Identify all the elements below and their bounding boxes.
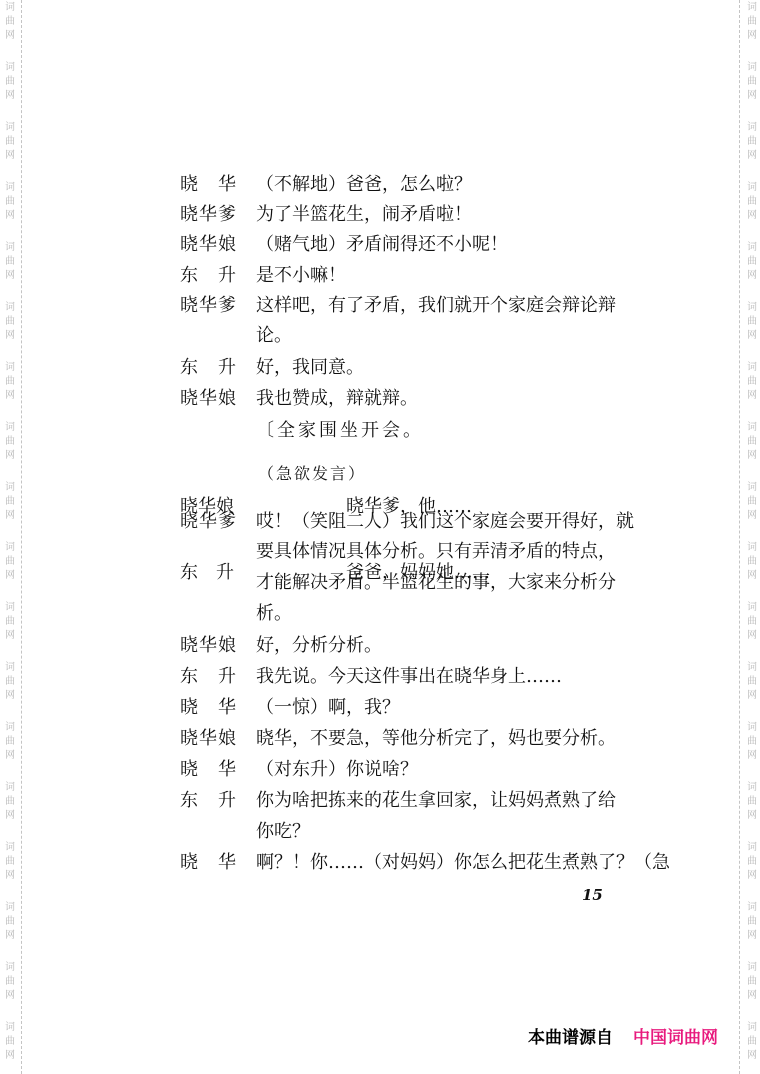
speaker-name: 晓华娘 (180, 724, 252, 754)
speaker-name: 晓华娘 (180, 631, 252, 661)
speech-text: 好，分析分析。 (256, 631, 640, 661)
stage-direction: 〔全家围坐开会。 (256, 416, 424, 446)
speech-line: （一惊）啊，我？ (256, 693, 640, 723)
speech-line: 我也赞成，辩就辩。 (256, 384, 640, 414)
speech-line: 好，我同意。 (256, 353, 640, 383)
speaker-name: 晓 华 (180, 848, 252, 878)
speaker-name: 晓华爹 (180, 291, 252, 321)
speech-text: 好，我同意。 (256, 353, 640, 383)
speech-line: 析。 (256, 599, 640, 629)
speech-line: 为了半篮花生，闹矛盾啦！ (256, 200, 640, 230)
speaker-name: 东 升 (180, 786, 252, 816)
speech-line: 我先说。今天这件事出在晓华身上…… (256, 662, 640, 692)
speech-line: 哎！（笑阻二人）我们这个家庭会要开得好，就 (256, 507, 640, 537)
speech-line: 要具体情况具体分析。只有弄清矛盾的特点， (256, 537, 640, 568)
speech-text: 你为啥把拣来的花生拿回家，让妈妈煮熟了给 你吃？ (256, 786, 640, 847)
speaker-name: 晓 华 (180, 693, 252, 723)
speech-line: 好，分析分析。 (256, 631, 640, 661)
speech-line: 你吃？ (256, 817, 640, 847)
speech-text: 啊？！你……（对妈妈）你怎么把花生煮熟了？（急 (256, 848, 640, 878)
speaker-name: 东 升 (180, 353, 252, 383)
speech-line: 晓华，不要急，等他分析完了，妈也要分析。 (256, 724, 640, 754)
speech-text: 哎！（笑阻二人）我们这个家庭会要开得好，就 要具体情况具体分析。只有弄清矛盾的特… (256, 507, 640, 629)
speech-text: （不解地）爸爸，怎么啦？ (256, 170, 640, 200)
speech-text: 我先说。今天这件事出在晓华身上…… (256, 662, 640, 692)
source-site-link[interactable]: 中国词曲网 (633, 1028, 718, 1048)
speech-line: 啊？！你……（对妈妈）你怎么把花生煮熟了？（急 (256, 848, 640, 878)
speech-line: 才能解决矛盾。半篮花生的事，大家来分析分 (256, 568, 640, 599)
speech-text: 晓华，不要急，等他分析完了，妈也要分析。 (256, 724, 640, 754)
source-prefix: 本曲谱源自 (528, 1028, 613, 1048)
speaker-name: 晓 华 (180, 170, 252, 200)
simultaneous-speakers: 晓华娘 东 升 (180, 452, 252, 628)
speech-text: 是不小嘛！ (256, 261, 640, 291)
page-number: 15 (582, 886, 603, 904)
speech-text: （一惊）啊，我？ (256, 693, 640, 723)
speech-text: （对东升）你说啥？ (256, 755, 640, 785)
speaker-name: 东 升 (180, 562, 252, 584)
speaker-name: 东 升 (180, 261, 252, 291)
speech-line: （不解地）爸爸，怎么啦？ (256, 170, 640, 200)
speech-line: 这样吧，有了矛盾，我们就开个家庭会辩论辩 (256, 291, 640, 321)
speaker-name: 东 升 (180, 662, 252, 692)
speaker-name: 晓华娘 (180, 230, 252, 260)
source-credit: 本曲谱源自中国词曲网 (528, 1023, 718, 1048)
speech-line: （对东升）你说啥？ (256, 755, 640, 785)
speaker-name: 晓华娘 (180, 384, 252, 414)
speaker-name: 晓华爹 (180, 200, 252, 230)
speech-line: （赌气地）矛盾闹得还不小呢！ (256, 230, 640, 260)
speech-text: 我也赞成，辩就辩。 (256, 384, 640, 414)
script-page: 晓 华 （不解地）爸爸，怎么啦？ 晓华爹 为了半篮花生，闹矛盾啦！ 晓华娘 （赌… (0, 0, 760, 1074)
speech-text: 为了半篮花生，闹矛盾啦！ (256, 200, 640, 230)
speech-text: （赌气地）矛盾闹得还不小呢！ (256, 230, 640, 260)
speaker-name: 晓华爹 (180, 507, 252, 537)
speech-line: 论。 (256, 321, 640, 351)
speech-text: 这样吧，有了矛盾，我们就开个家庭会辩论辩 论。 (256, 291, 640, 351)
speech-line: 是不小嘛！ (256, 261, 640, 291)
speech-line: 你为啥把拣来的花生拿回家，让妈妈煮熟了给 (256, 786, 640, 817)
speaker-name: 晓 华 (180, 755, 252, 785)
